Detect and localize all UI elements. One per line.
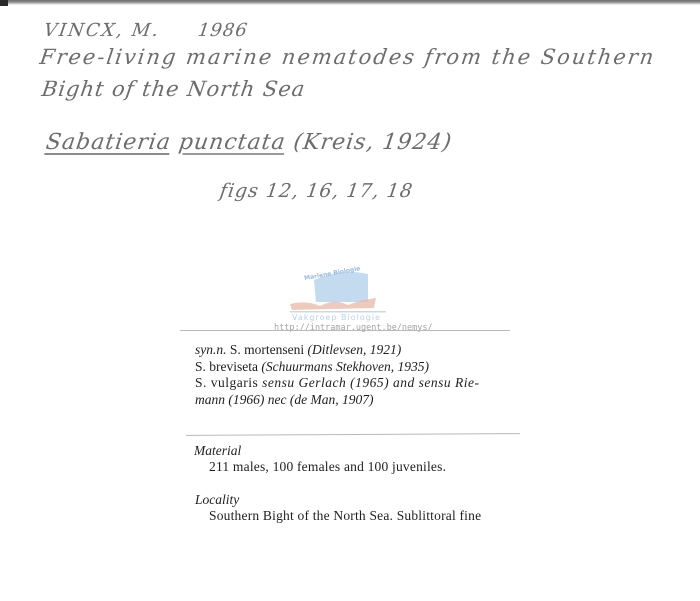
locality-text: Southern Bight of the North Sea. Sublitt… — [209, 508, 481, 525]
watermark-url: http://intramar.ugent.be/nemys/ — [274, 323, 433, 333]
material-text: 211 males, 100 females and 100 juveniles… — [209, 459, 446, 476]
handwritten-title-line-2: Bight of the North Sea — [40, 77, 307, 101]
species-authority: (Kreis, 1924) — [292, 130, 454, 155]
divider-line — [186, 433, 520, 436]
scan-top-border — [0, 0, 700, 5]
material-heading: Material — [194, 443, 241, 460]
species-epithet: punctata — [177, 130, 287, 155]
handwritten-figures: figs 12, 16, 17, 18 — [218, 180, 414, 202]
synonym-line: mann (1966) nec (de Man, 1907) — [195, 392, 479, 409]
synonym-line: syn.n. S. mortenseni (Ditlevsen, 1921) — [195, 342, 479, 359]
handwritten-species-name: Sabatieria punctata (Kreis, 1924) — [44, 130, 454, 155]
handwritten-author: VINCX, M. — [43, 20, 162, 41]
divider-line — [180, 330, 510, 331]
logo-text-bottom: Vakgroep Biologie — [292, 313, 381, 322]
species-genus: Sabatieria — [44, 130, 172, 155]
mariene-biologie-logo: Mariene Biologie Vakgroep Biologie — [286, 262, 396, 322]
locality-heading: Locality — [195, 492, 239, 509]
synonyms-block: syn.n. S. mortenseni (Ditlevsen, 1921) S… — [195, 342, 479, 408]
synonym-line: S. vulgaris sensu Gerlach (1965) and sen… — [195, 375, 479, 392]
handwritten-title-line-1: Free-living marine nematodes from the So… — [38, 45, 657, 69]
synonym-line: S. breviseta (Schuurmans Stekhoven, 1935… — [195, 359, 479, 376]
handwritten-year: 1986 — [197, 20, 250, 41]
